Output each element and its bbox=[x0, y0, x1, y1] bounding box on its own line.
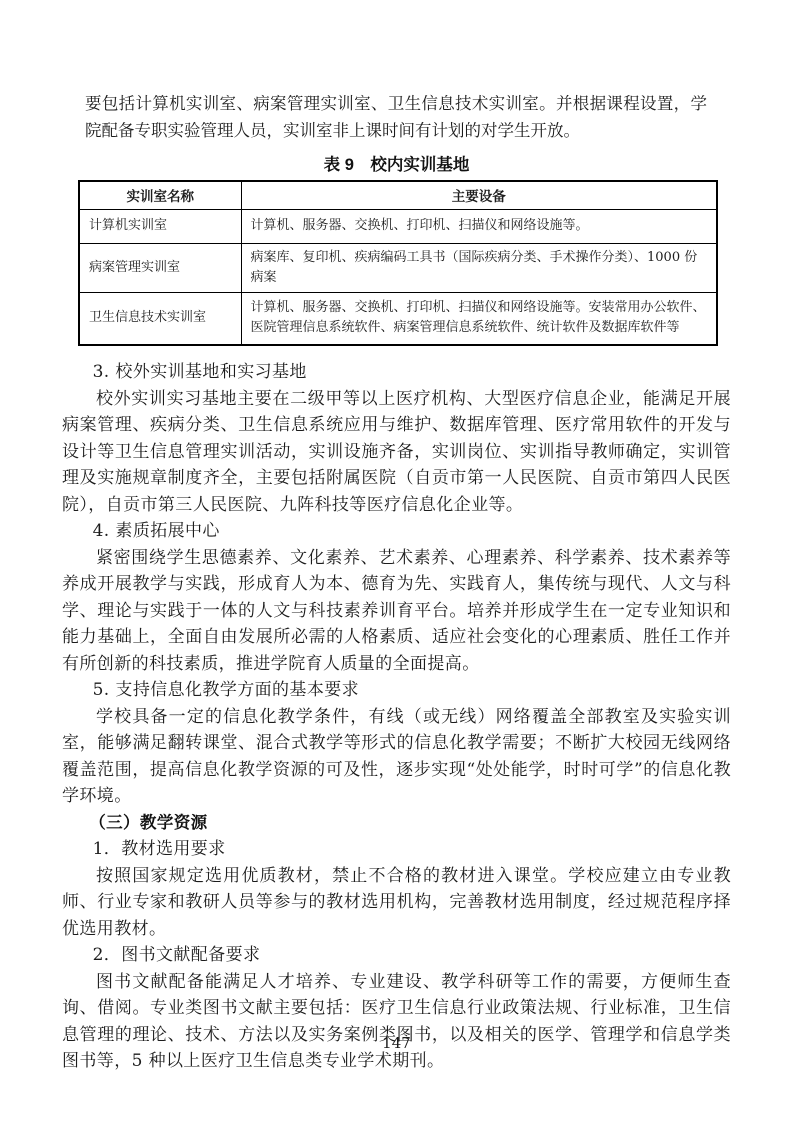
table-cell-room-name: 计算机实训室 bbox=[79, 209, 241, 243]
intro-paragraph: 要包括计算机实训室、病案管理实训室、卫生信息技术实训室。并根据课程设置，学院配备… bbox=[85, 90, 707, 144]
section-heading: 2．图书文献配备要求 bbox=[62, 942, 731, 969]
table-cell-room-name: 病案管理实训室 bbox=[79, 243, 241, 292]
campus-training-base-table: 实训室名称 主要设备 计算机实训室 计算机、服务器、交换机、打印机、扫描仪和网络… bbox=[78, 180, 718, 346]
body-text-block: 3. 校外实训基地和实习基地 校外实训实习基地主要在二级甲等以上医疗机构、大型医… bbox=[62, 359, 731, 1075]
document-page: 要包括计算机实训室、病案管理实训室、卫生信息技术实训室。并根据课程设置，学院配备… bbox=[0, 0, 793, 1122]
table-cell-room-name: 卫生信息技术实训室 bbox=[79, 292, 241, 345]
table-title: 表 9 校内实训基地 bbox=[62, 152, 731, 178]
section-heading: 3. 校外实训基地和实习基地 bbox=[62, 359, 731, 386]
page-number: 147 bbox=[0, 1033, 793, 1053]
section-heading: 4. 素质拓展中心 bbox=[62, 518, 731, 545]
paragraph: 校外实训实习基地主要在二级甲等以上医疗机构、大型医疗信息企业，能满足开展病案管理… bbox=[62, 386, 731, 519]
paragraph: 图书文献配备能满足人才培养、专业建设、教学科研等工作的需要，方便师生查询、借阅。… bbox=[62, 969, 731, 1075]
section-heading: 1．教材选用要求 bbox=[62, 836, 731, 863]
paragraph: 学校具备一定的信息化教学条件，有线（或无线）网络覆盖全部教室及实验实训室，能够满… bbox=[62, 704, 731, 810]
table-cell-equipment: 计算机、服务器、交换机、打印机、扫描仪和网络设施等。 bbox=[241, 209, 717, 243]
table-header-main-equipment: 主要设备 bbox=[241, 181, 717, 209]
table-header-row: 实训室名称 主要设备 bbox=[79, 181, 717, 209]
table-row: 卫生信息技术实训室 计算机、服务器、交换机、打印机、扫描仪和网络设施等。安装常用… bbox=[79, 292, 717, 345]
paragraph: 紧密围绕学生思德素养、文化素养、艺术素养、心理素养、科学素养、技术素养等养成开展… bbox=[62, 545, 731, 678]
table-row: 病案管理实训室 病案库、复印机、疾病编码工具书（国际疾病分类、手术操作分类）、1… bbox=[79, 243, 717, 292]
table-cell-equipment: 病案库、复印机、疾病编码工具书（国际疾病分类、手术操作分类）、1000 份病案 bbox=[241, 243, 717, 292]
table-cell-equipment: 计算机、服务器、交换机、打印机、扫描仪和网络设施等。安装常用办公软件、医院管理信… bbox=[241, 292, 717, 345]
table-header-room-name: 实训室名称 bbox=[79, 181, 241, 209]
section-heading: 5. 支持信息化教学方面的基本要求 bbox=[62, 677, 731, 704]
table-row: 计算机实训室 计算机、服务器、交换机、打印机、扫描仪和网络设施等。 bbox=[79, 209, 717, 243]
paragraph: 按照国家规定选用优质教材，禁止不合格的教材进入课堂。学校应建立由专业教师、行业专… bbox=[62, 863, 731, 943]
section-heading-bold: （三）教学资源 bbox=[62, 810, 731, 837]
